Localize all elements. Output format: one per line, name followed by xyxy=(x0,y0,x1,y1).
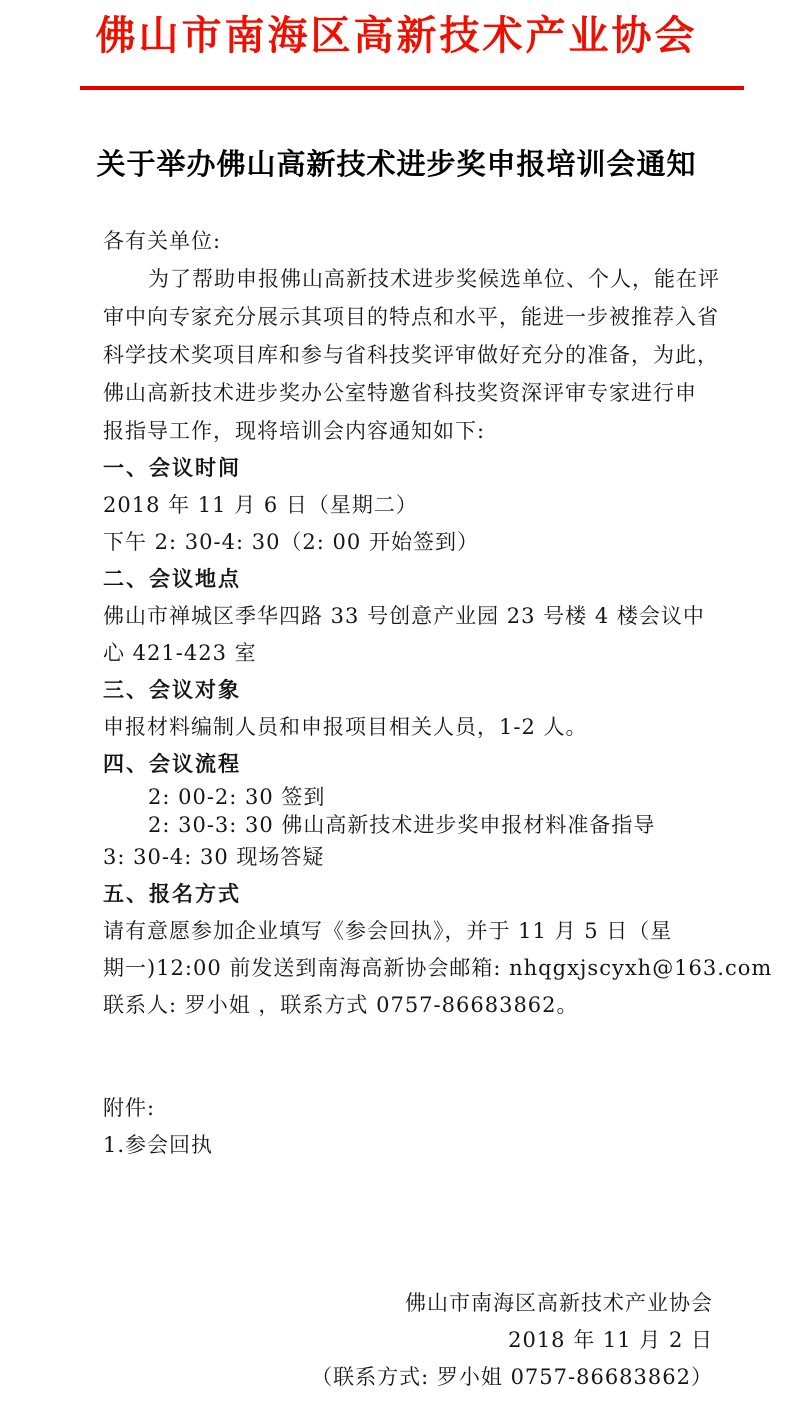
intro-line: 科学技术奖项目库和参与省科技奖评审做好充分的准备，为此， xyxy=(103,336,713,374)
meeting-audience-line: 申报材料编制人员和申报项目相关人员，1-2 人。 xyxy=(103,709,713,746)
intro-line: 佛山高新技术进步奖办公室特邀省科技奖资深评审专家进行申 xyxy=(103,374,713,412)
intro-paragraph: 为了帮助申报佛山高新技术进步奖候选单位、个人，能在评 审中向专家充分展示其项目的… xyxy=(103,260,713,450)
notice-sections: 一、会议时间 2018 年 11 月 6 日（星期二） 下午 2: 30-4: … xyxy=(103,450,713,1024)
intro-line: 报指导工作，现将培训会内容通知如下: xyxy=(103,412,713,450)
letterhead-org-name: 佛山市南海区高新技术产业协会 xyxy=(0,0,793,60)
section5-heading: 五、报名方式 xyxy=(103,876,713,913)
meeting-date-line: 2018 年 11 月 6 日（星期二） xyxy=(103,487,713,524)
schedule-item: 3: 30-4: 30 现场答疑 xyxy=(103,839,713,876)
section4-heading: 四、会议流程 xyxy=(103,746,713,783)
document-title: 关于举办佛山高新技术进步奖申报培训会通知 xyxy=(0,146,793,182)
section2-heading: 二、会议地点 xyxy=(103,561,713,598)
intro-line: 为了帮助申报佛山高新技术进步奖候选单位、个人，能在评 xyxy=(103,260,713,298)
attachment-item: 1.参会回执 xyxy=(103,1127,713,1164)
schedule-item: 2: 30-3: 30 佛山高新技术进步奖申报材料准备指导 xyxy=(103,811,713,839)
section3-heading: 三、会议对象 xyxy=(103,672,713,709)
attachment-label: 附件: xyxy=(103,1090,713,1127)
attachment-block: 附件: 1.参会回执 xyxy=(103,1090,713,1164)
meeting-address-line: 佛山市禅城区季华四路 33 号创意产业园 23 号楼 4 楼会议中 xyxy=(103,598,713,635)
intro-line: 审中向专家充分展示其项目的特点和水平，能进一步被推荐入省 xyxy=(103,298,713,336)
document-body: 各有关单位: 为了帮助申报佛山高新技术进步奖候选单位、个人，能在评 审中向专家充… xyxy=(103,222,713,1396)
notice-page: 佛山市南海区高新技术产业协会 关于举办佛山高新技术进步奖申报培训会通知 各有关单… xyxy=(0,0,793,1425)
signature-org: 佛山市南海区高新技术产业协会 xyxy=(103,1285,713,1322)
salutation: 各有关单位: xyxy=(103,222,713,260)
letterhead-rule xyxy=(80,86,744,90)
meeting-time-line: 下午 2: 30-4: 30（2: 00 开始签到） xyxy=(103,524,713,561)
registration-line: 期一)12:00 前发送到南海高新协会邮箱: nhqgxjscyxh@163.c… xyxy=(103,950,713,987)
signature-contact: （联系方式: 罗小姐 0757-86683862） xyxy=(103,1359,713,1396)
registration-line: 请有意愿参加企业填写《参会回执》，并于 11 月 5 日（星 xyxy=(103,913,713,950)
section1-heading: 一、会议时间 xyxy=(103,450,713,487)
registration-line: 联系人: 罗小姐 ，联系方式 0757-86683862。 xyxy=(103,987,713,1024)
schedule-item: 2: 00-2: 30 签到 xyxy=(103,783,713,811)
signature-date: 2018 年 11 月 2 日 xyxy=(103,1322,713,1359)
signature-block: 佛山市南海区高新技术产业协会 2018 年 11 月 2 日 （联系方式: 罗小… xyxy=(103,1285,713,1396)
schedule-block: 2: 00-2: 30 签到 2: 30-3: 30 佛山高新技术进步奖申报材料… xyxy=(103,783,713,839)
meeting-address-line: 心 421-423 室 xyxy=(103,635,713,672)
